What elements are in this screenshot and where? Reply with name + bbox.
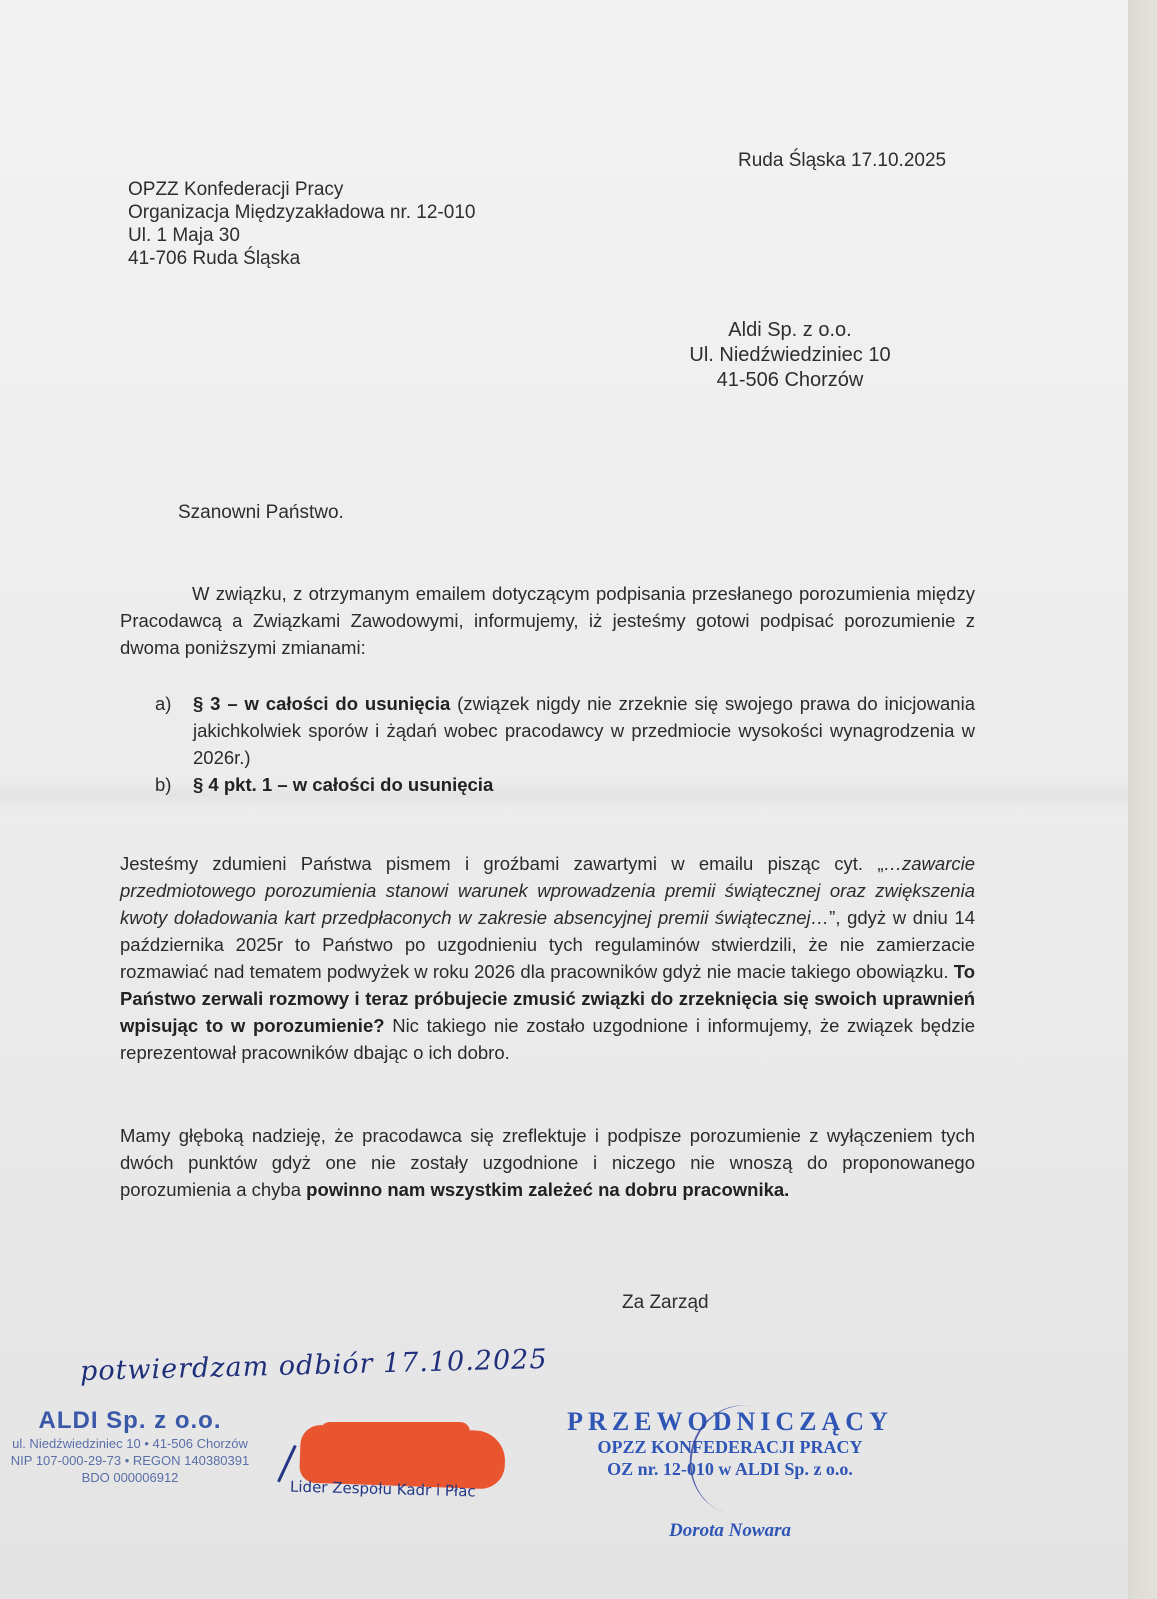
list-marker: a) bbox=[155, 690, 193, 771]
stamp-line: ul. Niedźwiedziniec 10 • 41-506 Chorzów bbox=[0, 1435, 260, 1452]
paragraph-complaint: Jesteśmy zdumieni Państwa pismem i groźb… bbox=[120, 850, 975, 1066]
signatory-name: Dorota Nowara bbox=[560, 1520, 900, 1542]
stamp-line: NIP 107-000-29-73 • REGON 140380391 bbox=[0, 1452, 260, 1469]
list-marker: b) bbox=[155, 771, 193, 798]
paragraph-intro: W związku, z otrzymanym emailem dotycząc… bbox=[120, 580, 975, 661]
closing: Za Zarząd bbox=[622, 1290, 709, 1316]
recipient-line: Ul. Niedźwiedziniec 10 bbox=[660, 343, 920, 368]
place-date: Ruda Śląska 17.10.2025 bbox=[738, 148, 946, 174]
bold-statement: powinno nam wszystkim zależeć na dobru p… bbox=[306, 1179, 789, 1200]
sender-line: Organizacja Międzyzakładowa nr. 12-010 bbox=[128, 201, 475, 224]
aldi-company-stamp: ALDI Sp. z o.o. ul. Niedźwiedziniec 10 •… bbox=[0, 1407, 260, 1486]
recipient-line: Aldi Sp. z o.o. bbox=[660, 318, 920, 343]
greeting: Szanowni Państwo. bbox=[178, 500, 344, 526]
list-item: b) § 4 pkt. 1 – w całości do usunięcia bbox=[155, 771, 975, 798]
stamp-line: BDO 000006912 bbox=[0, 1469, 260, 1486]
paragraph-hope: Mamy głęboką nadzieję, że pracodawca się… bbox=[120, 1122, 975, 1203]
sender-line: Ul. 1 Maja 30 bbox=[128, 224, 475, 247]
text-run: Jesteśmy zdumieni Państwa pismem i groźb… bbox=[120, 853, 884, 874]
paper-edge bbox=[1128, 0, 1157, 1599]
list-item-bold: § 4 pkt. 1 – w całości do usunięcia bbox=[193, 774, 493, 795]
recipient-address: Aldi Sp. z o.o. Ul. Niedźwiedziniec 10 4… bbox=[660, 318, 920, 393]
sender-line: OPZZ Konfederacji Pracy bbox=[128, 178, 475, 201]
changes-list: a) § 3 – w całości do usunięcia (związek… bbox=[155, 690, 975, 798]
list-item: a) § 3 – w całości do usunięcia (związek… bbox=[155, 690, 975, 771]
sender-line: 41-706 Ruda Śląska bbox=[128, 247, 475, 270]
recipient-line: 41-506 Chorzów bbox=[660, 368, 920, 393]
stamp-company-name: ALDI Sp. z o.o. bbox=[0, 1407, 260, 1435]
list-item-bold: § 3 – w całości do usunięcia bbox=[193, 693, 450, 714]
sender-address: OPZZ Konfederacji Pracy Organizacja Międ… bbox=[128, 178, 475, 270]
